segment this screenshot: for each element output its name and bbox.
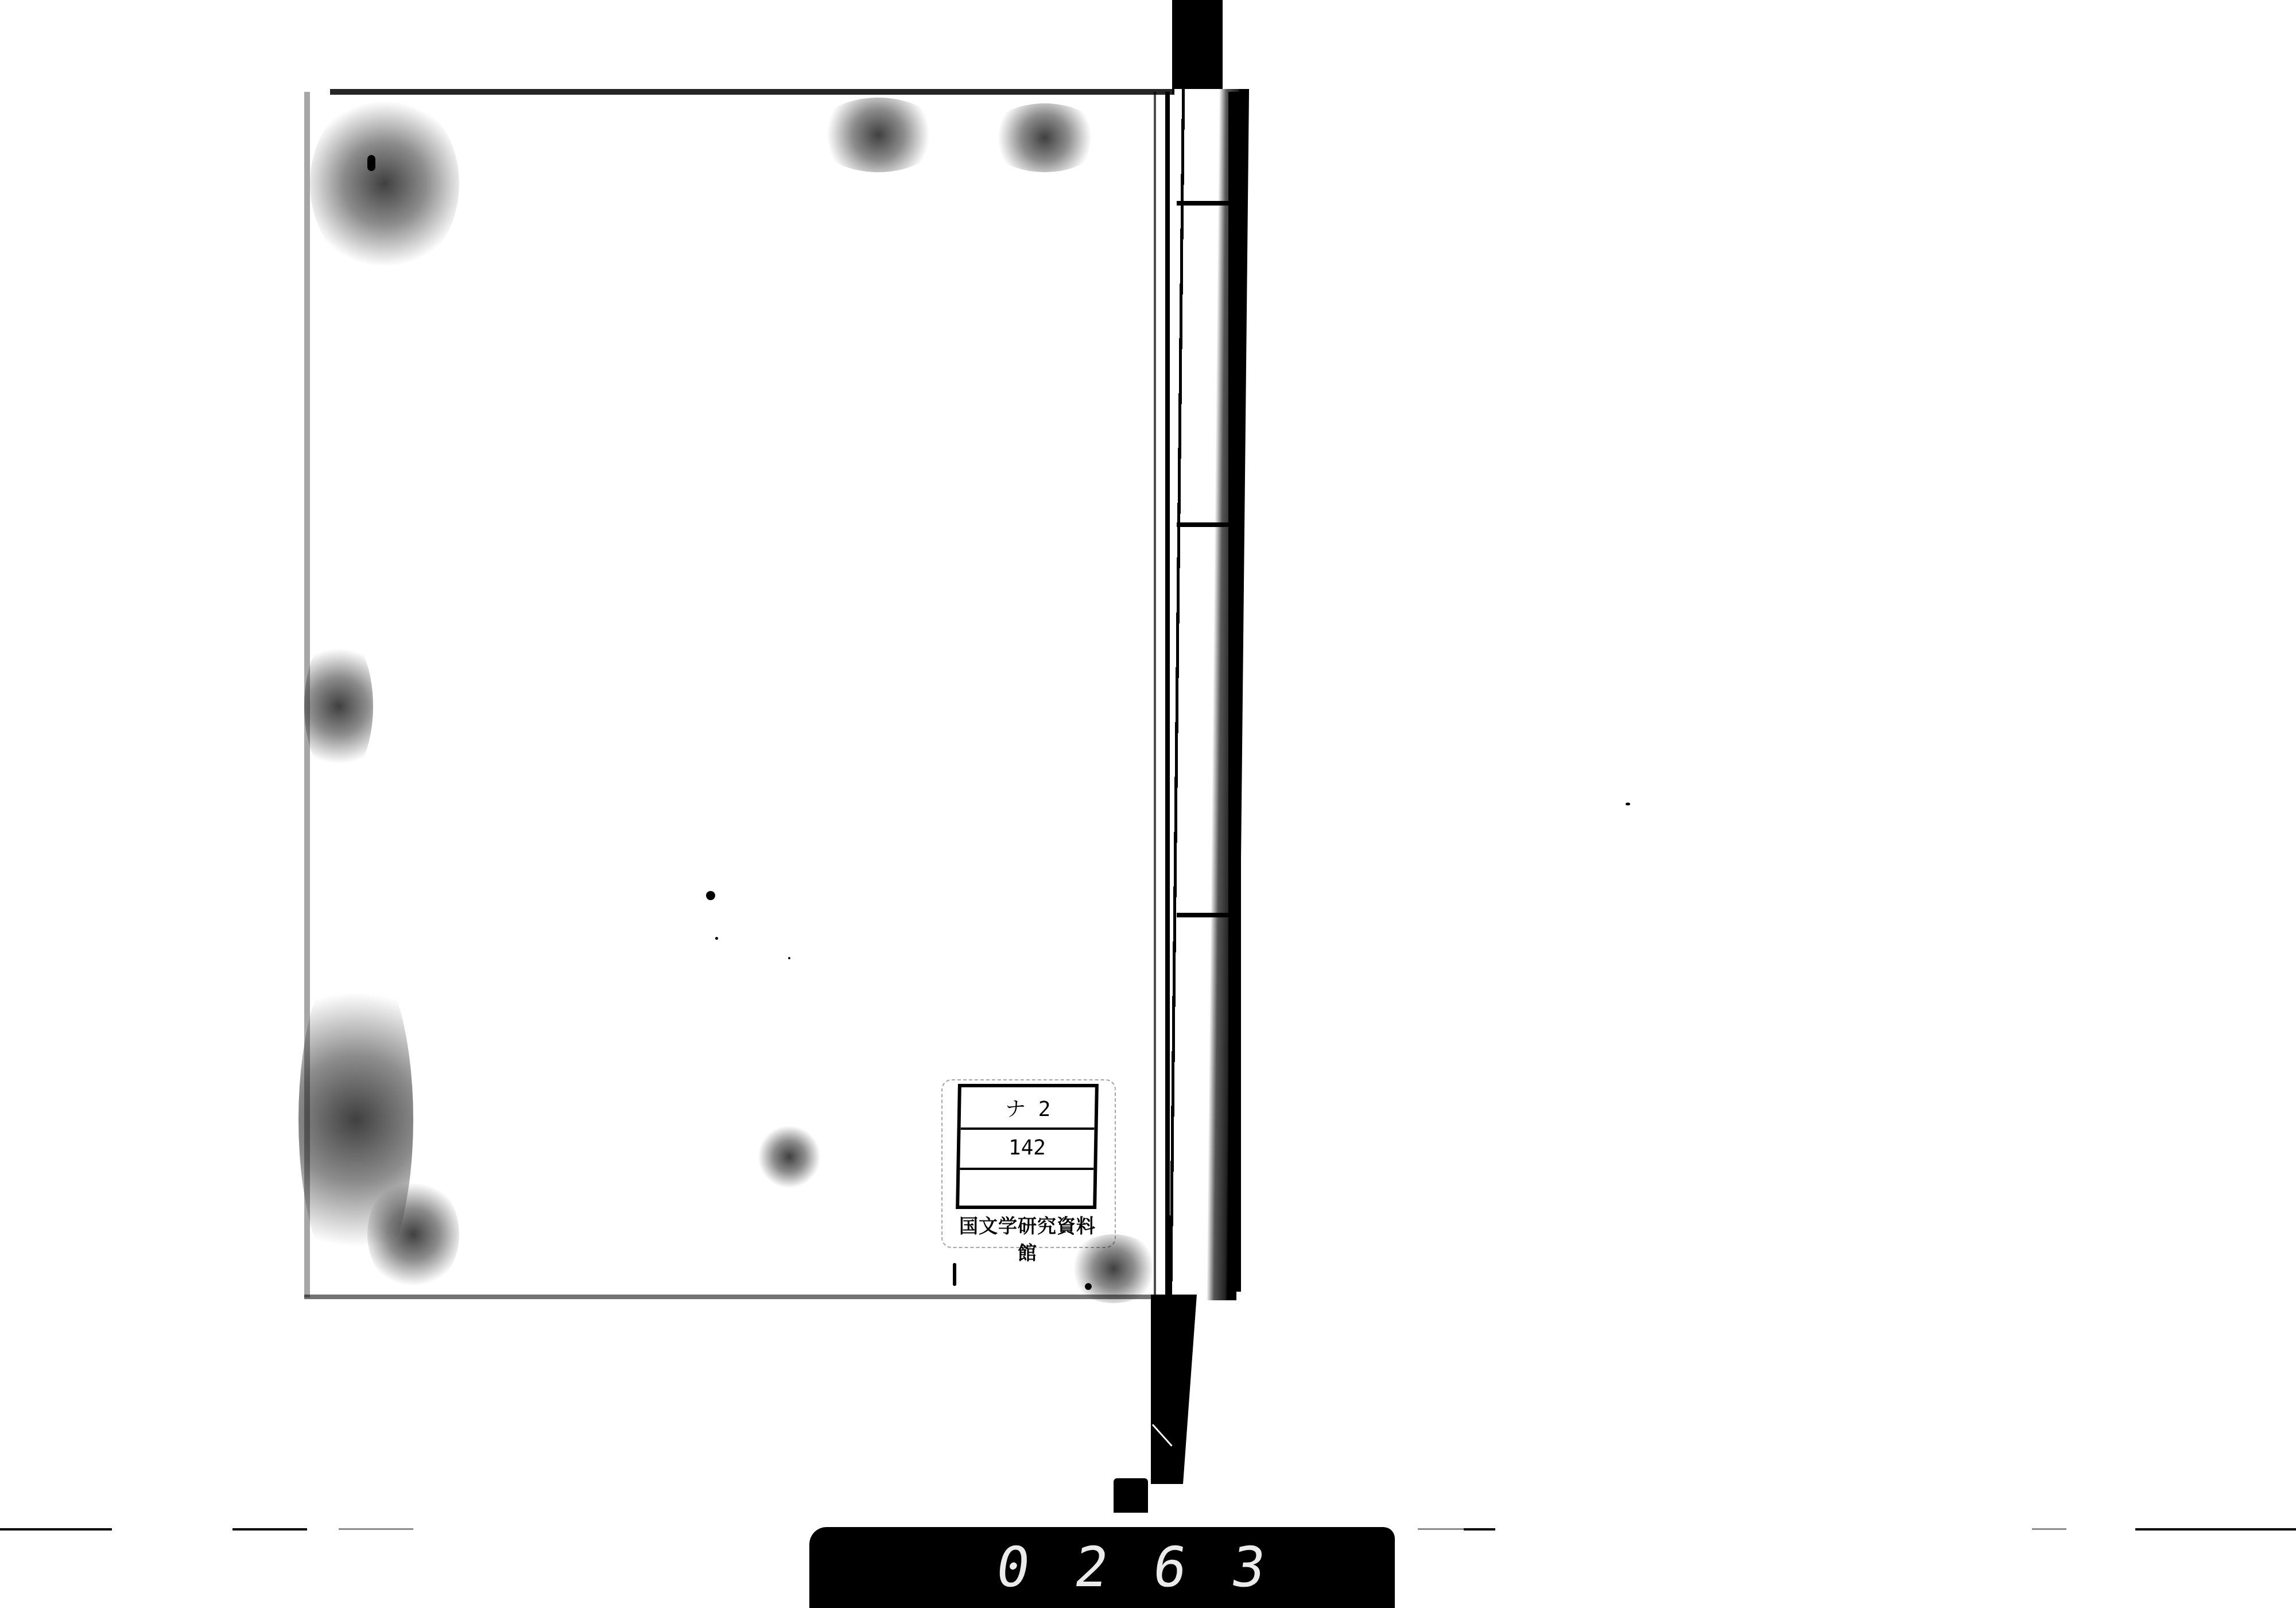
wear-stain: [304, 631, 373, 781]
frame-counter-digit: 6: [1137, 1535, 1203, 1599]
scan-page: ナ 2 142 国文学研究資料館 0 2 6 3: [0, 0, 2296, 1608]
spine-stitch-line: [1165, 92, 1170, 1297]
wear-stain: [987, 103, 1102, 172]
scanner-rule: [0, 1528, 112, 1530]
scanner-rule: [232, 1528, 307, 1530]
spine-stitch-line: [1154, 92, 1156, 1297]
speck: [367, 155, 375, 171]
frame-counter-digit: 0: [980, 1535, 1046, 1599]
frame-counter-digit: 2: [1058, 1535, 1125, 1599]
speck: [1626, 803, 1630, 805]
frame-counter: 0 2 6 3: [980, 1533, 1282, 1602]
wear-stain: [815, 98, 941, 172]
scanner-rule: [339, 1528, 413, 1530]
frame-counter-digit: 3: [1215, 1535, 1282, 1599]
speck: [1085, 1283, 1092, 1290]
scanner-rule: [2135, 1528, 2296, 1530]
speck: [715, 937, 718, 940]
spine-binding-cross-line: [1177, 201, 1234, 206]
spine-binding-cross-line: [1177, 913, 1234, 917]
catalog-label-institution: 国文学研究資料館: [953, 1211, 1102, 1265]
catalog-label-empty-row: [959, 1168, 1093, 1206]
strap-clip: [1114, 1478, 1148, 1513]
wear-stain: [310, 92, 459, 276]
cover-top-edge: [330, 89, 1174, 95]
scanner-rule: [1464, 1528, 1495, 1530]
binding-strap-top: [1172, 0, 1223, 95]
spine-binding-cross-line: [1177, 522, 1234, 527]
catalog-label-class: ナ 2: [961, 1087, 1095, 1130]
cover-bottom-edge: [304, 1295, 1159, 1299]
spine-shadow: [1228, 92, 1241, 1292]
binding-strap-bottom: [1151, 1295, 1197, 1484]
wear-stain: [758, 1125, 821, 1188]
speck: [706, 891, 715, 900]
catalog-label-number: 142: [960, 1127, 1094, 1170]
wear-stain: [367, 1177, 459, 1292]
speck: [788, 957, 790, 959]
speck: [953, 1263, 956, 1286]
catalog-label: ナ 2 142: [956, 1084, 1099, 1209]
scanner-rule: [2032, 1528, 2066, 1530]
